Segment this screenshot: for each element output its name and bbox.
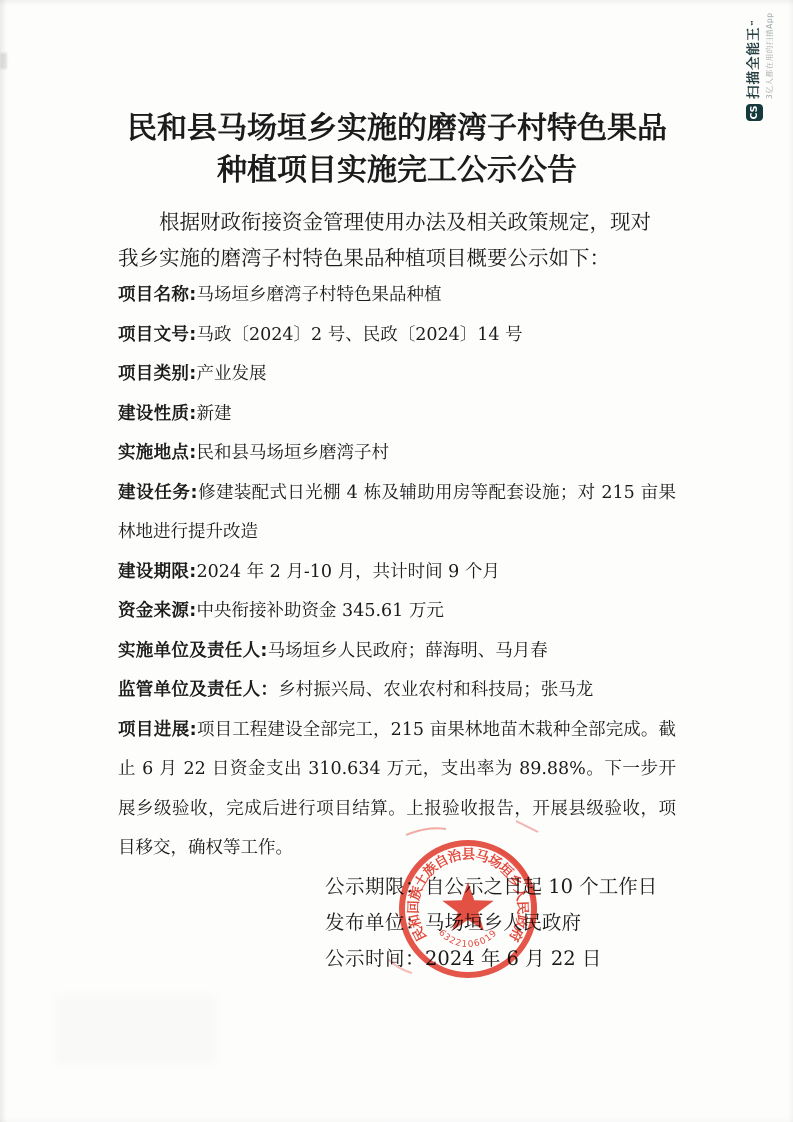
footer-block: 公示期限：自公示之日起 10 个工作日 发布单位：马场垣乡人民政府 公示时间：2… [325,869,676,977]
scan-edge-artifact [0,53,7,69]
field-value: 乡村振兴局、农业农村和科技局；张马龙 [278,680,593,700]
camscanner-watermark: CS 扫描全能王™ 3亿人都在用的扫描App [745,13,791,121]
field-value: 新建 [197,404,232,424]
camscanner-tagline: 3亿人都在用的扫描App [764,12,775,99]
field-construction-period: 建设期限:2024 年 2 月-10 月，共计时间 9 个月 [118,553,676,593]
field-construction-task: 建设任务:修建装配式日光棚 4 栋及辅助用房等配套设施；对 215 亩果林地进行… [118,474,676,553]
intro-paragraph: 根据财政衔接资金管理使用办法及相关政策规定，现对 我乡实施的磨湾子村特色果品种植… [118,204,676,276]
field-label: 实施单位及责任人: [118,641,268,661]
field-value: 2024 年 2 月-10 月，共计时间 9 个月 [197,562,500,582]
field-label: 项目进展: [118,720,197,740]
field-value: 产业发展 [197,364,267,384]
intro-line-1: 根据财政衔接资金管理使用办法及相关政策规定，现对 [159,210,651,234]
scanned-document-page: CS 扫描全能王™ 3亿人都在用的扫描App 民和县马场垣乡实施的磨湾子村特色果… [0,0,793,1122]
footer-publicity-period: 公示期限：自公示之日起 10 个工作日 [325,869,676,905]
field-project-progress: 项目进展:项目工程建设全部完工，215 亩果林地苗木栽种全部完成。截止 6 月 … [118,711,676,869]
field-value: 项目工程建设全部完工，215 亩果林地苗木栽种全部完成。截止 6 月 22 日资… [118,720,676,859]
field-label: 监管单位及责任人： [118,680,278,700]
field-label: 建设任务: [118,483,198,503]
field-value: 马场垣乡人民政府；薛海明、马月春 [268,641,548,661]
trademark-mark: ™ [750,19,758,27]
field-label: 实施地点: [118,443,197,463]
footer-label: 发布单位： [325,911,425,934]
footer-value: 2024 年 6 月 22 日 [425,947,601,970]
field-project-name: 项目名称:马场垣乡磨湾子村特色果品种植 [118,276,676,316]
camscanner-app-name: 扫描全能王™ [745,12,763,99]
field-value: 民和县马场垣乡磨湾子村 [197,443,390,463]
field-value: 中央衔接补助资金 345.61 万元 [197,601,444,621]
field-document-number: 项目文号:马政〔2024〕2 号、民政〔2024〕14 号 [118,316,676,356]
field-label: 建设期限: [118,562,197,582]
field-value: 马政〔2024〕2 号、民政〔2024〕14 号 [197,325,523,345]
field-funding-source: 资金来源:中央衔接补助资金 345.61 万元 [118,592,676,632]
field-label: 项目类别: [118,364,197,384]
camscanner-logo-icon: CS [746,104,763,121]
field-construction-nature: 建设性质:新建 [118,395,676,435]
field-implementation-location: 实施地点:民和县马场垣乡磨湾子村 [118,434,676,474]
field-value: 修建装配式日光棚 4 栋及辅助用房等配套设施；对 215 亩果林地进行提升改造 [118,483,676,543]
field-project-category: 项目类别:产业发展 [118,355,676,395]
footer-label: 公示时间： [325,947,425,970]
footer-label: 公示期限： [325,875,425,898]
document-content: 民和县马场垣乡实施的磨湾子村特色果品 种植项目实施完工公示公告 根据财政衔接资金… [118,0,676,977]
footer-value: 马场垣乡人民政府 [425,911,581,934]
camscanner-app-name-text: 扫描全能王 [746,27,762,100]
footer-value: 自公示之日起 10 个工作日 [425,875,657,898]
field-implementing-unit: 实施单位及责任人:马场垣乡人民政府；薛海明、马月春 [118,632,676,672]
field-label: 建设性质: [118,404,197,424]
field-label: 项目文号: [118,325,197,345]
title-line-1: 民和县马场垣乡实施的磨湾子村特色果品 [127,111,667,146]
title-line-2: 种植项目实施完工公示公告 [217,153,577,188]
paper-smudge [55,995,215,1065]
intro-line-2: 我乡实施的磨湾子村特色果品种植项目概要公示如下： [118,246,610,270]
field-value: 马场垣乡磨湾子村特色果品种植 [197,285,442,305]
page-title: 民和县马场垣乡实施的磨湾子村特色果品 种植项目实施完工公示公告 [118,108,676,192]
camscanner-text-block: 扫描全能王™ 3亿人都在用的扫描App [745,12,775,99]
footer-issuing-unit: 发布单位：马场垣乡人民政府 [325,905,676,941]
field-label: 项目名称: [118,285,197,305]
field-supervising-unit: 监管单位及责任人：乡村振兴局、农业农村和科技局；张马龙 [118,671,676,711]
field-label: 资金来源: [118,601,197,621]
footer-publicity-date: 公示时间：2024 年 6 月 22 日 [325,941,676,977]
